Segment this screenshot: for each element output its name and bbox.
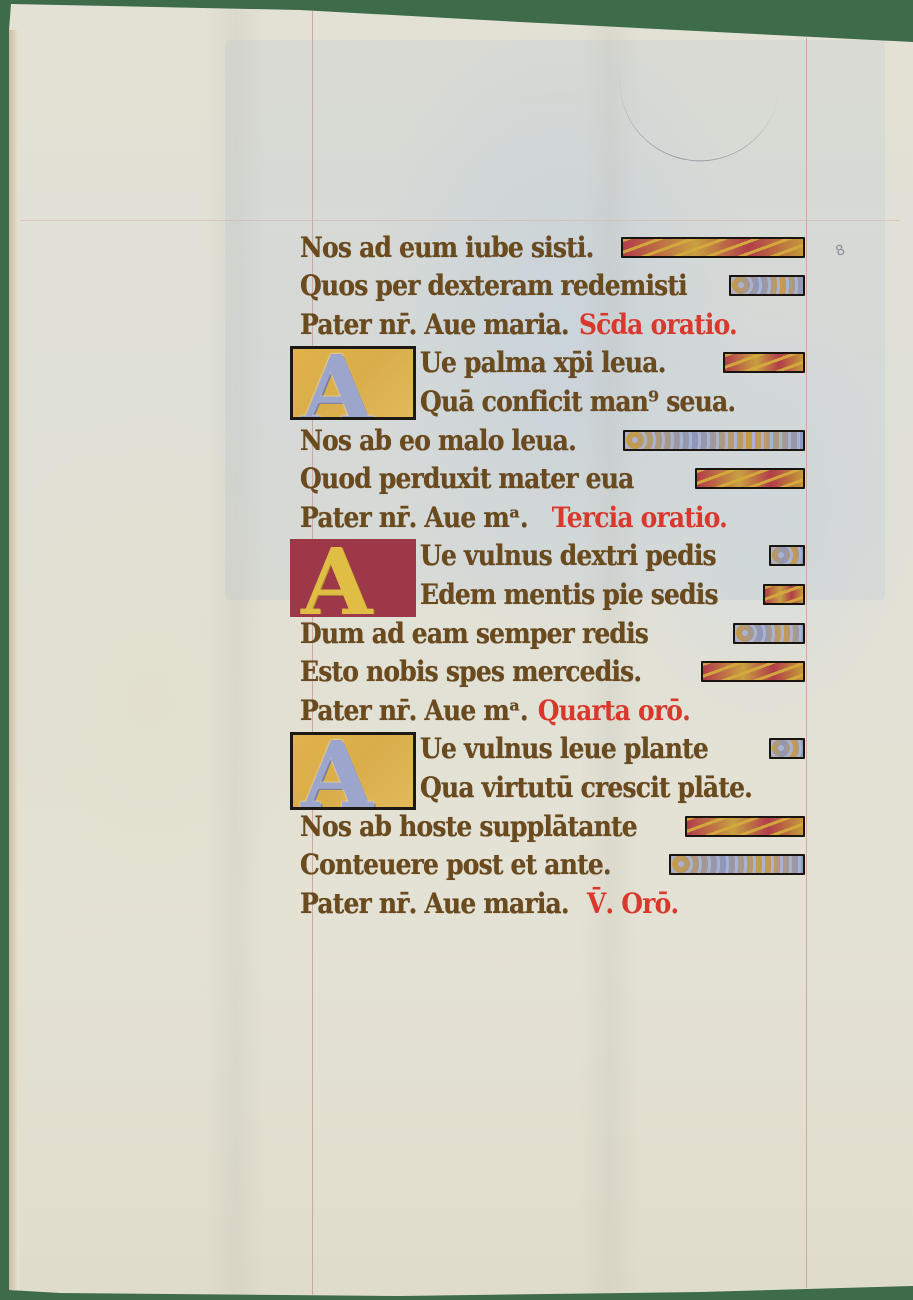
text-line: Pater nr̄. Aue mᵃ. Quarta orō. [300,689,805,728]
line-text: Pater nr̄. Aue maria. [300,308,569,342]
text-line: Qua virtutū crescit plāte. [300,766,805,805]
line-text: Edem mentis pie sedis [420,578,718,612]
text-line: Dum ad eam semper redis [300,612,805,651]
line-filler [763,584,805,605]
text-line: Quā conficit man⁹ seua. [300,380,805,419]
line-text: Pater nr̄. Aue maria. [300,887,569,921]
rubric: V̄. Orō. [587,887,679,921]
line-filler [695,468,805,489]
leaf-edge [9,30,19,1292]
text-line: A Ue palma xp̄i leua. [300,342,805,381]
line-text: Quā conficit man⁹ seua. [420,385,735,419]
line-filler [729,275,805,296]
manuscript-leaf: 8 Nos ad eum iube sisti. Quos per dexter… [0,0,913,1300]
line-text: Quod perduxit mater eua [300,463,634,497]
rubric: Sc̄da oratio. [579,308,737,342]
rubric: Quarta orō. [538,694,690,728]
text-line: Edem mentis pie sedis [300,573,805,612]
text-line: Pater nr̄. Aue maria. Sc̄da oratio. [300,303,805,342]
text-line: A Ue vulnus leue plante [300,728,805,767]
rubric: Tercia oratio. [552,501,727,535]
text-line: Nos ab eo malo leua. [300,419,805,458]
text-line: Nos ad eum iube sisti. [300,226,805,265]
line-text: Qua virtutū crescit plāte. [420,771,752,805]
text-line: Quod perduxit mater eua [300,458,805,497]
line-filler [669,854,805,875]
line-text: Pater nr̄. Aue mᵃ. [300,694,528,728]
text-line: Quos per dexteram redemisti [300,265,805,304]
line-text: Esto nobis spes mercedis. [300,656,641,690]
text-line: Esto nobis spes mercedis. [300,651,805,690]
text-line: Nos ab hoste supplātante [300,805,805,844]
fold-shadow [205,0,265,1300]
line-filler [733,623,805,644]
line-filler [701,661,805,682]
line-text: Quos per dexteram redemisti [300,270,687,304]
ruling-right [806,38,807,1288]
line-text: Conteuere post et ante. [300,848,611,882]
text-line: Pater nr̄. Aue mᵃ. Tercia oratio. [300,496,805,535]
line-text: Ue palma xp̄i leua. [420,347,666,381]
line-filler [623,430,805,451]
line-filler [723,352,805,373]
line-filler [769,738,805,759]
line-text: Pater nr̄. Aue mᵃ. [300,501,528,535]
line-text: Nos ab eo malo leua. [300,424,576,458]
ruling-top [20,220,900,221]
line-text: Ue vulnus dextri pedis [420,540,716,574]
line-text: Dum ad eam semper redis [300,617,648,651]
line-filler [769,545,805,566]
text-line: A Ue vulnus dextri pedis [300,535,805,574]
text-line: Conteuere post et ante. [300,844,805,883]
line-text: Ue vulnus leue plante [420,733,708,767]
line-filler [685,816,805,837]
line-text: Nos ad eum iube sisti. [300,231,593,265]
text-line: Pater nr̄. Aue maria. V̄. Orō. [300,882,805,921]
line-filler [621,237,805,258]
text-block: Nos ad eum iube sisti. Quos per dexteram… [300,226,805,921]
line-text: Nos ab hoste supplātante [300,810,637,844]
